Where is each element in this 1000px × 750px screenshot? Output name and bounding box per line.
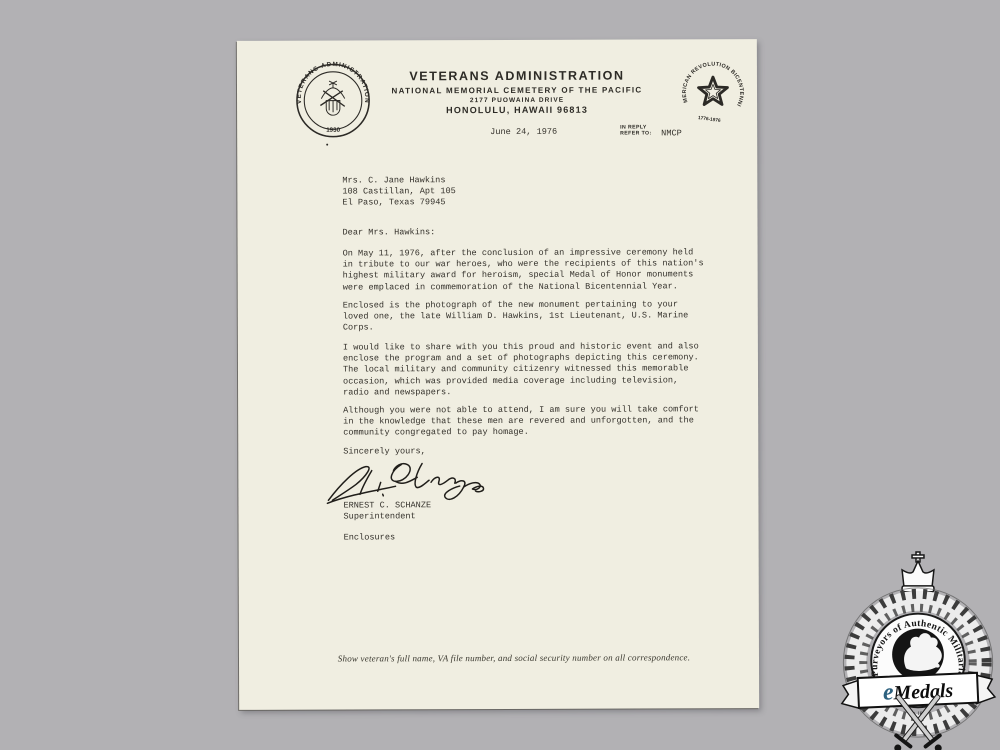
letterhead-agency: VETERANS ADMINISTRATION: [367, 68, 667, 83]
letter-date: June 24, 1976: [490, 127, 557, 138]
emedals-watermark: Purveyors of Authentic Militaria eMedals…: [833, 551, 1000, 750]
signature-handwriting: [326, 456, 484, 507]
letter-document: VETERANS ADMINISTRATION 1930 VETERANS AD…: [237, 39, 759, 710]
photo-background: VETERANS ADMINISTRATION 1930 VETERANS AD…: [0, 0, 1000, 750]
recipient-address: Mrs. C. Jane Hawkins 108 Castillan, Apt …: [342, 175, 456, 209]
bicentennial-logo-icon: AMERICAN REVOLUTION BICENTENNIAL 1776-19…: [675, 54, 751, 130]
signer-name: ERNEST C. SCHANZE: [343, 500, 431, 512]
reply-refer-code: NMCP: [661, 128, 682, 139]
reply-refer-label: IN REPLY REFER TO:: [620, 124, 652, 137]
letterhead-office: NATIONAL MEMORIAL CEMETERY OF THE PACIFI…: [367, 85, 667, 95]
letterhead-city: HONOLULU, HAWAII 96813: [367, 104, 667, 115]
seal-year-label: 1930: [326, 127, 340, 134]
bicentennial-years-label: 1776-1976: [698, 115, 722, 124]
paragraph-4: Although you were not able to attend, I …: [343, 404, 699, 439]
signer-title: Superintendent: [343, 511, 415, 522]
stray-ink-dot: [326, 144, 328, 146]
crown-icon: [902, 552, 934, 592]
enclosures-note: Enclosures: [344, 532, 396, 543]
paragraph-1: On May 11, 1976, after the conclusion of…: [343, 247, 704, 293]
footer-instruction: Show veteran's full name, VA file number…: [239, 652, 759, 664]
reply-refer-line2: REFER TO:: [620, 131, 651, 138]
va-seal-icon: VETERANS ADMINISTRATION 1930: [294, 61, 372, 139]
paragraph-2: Enclosed is the photograph of the new mo…: [343, 299, 689, 334]
paragraph-3: I would like to share with you this prou…: [343, 341, 699, 398]
salutation: Dear Mrs. Hawkins:: [342, 227, 435, 239]
letterhead-street: 2177 PUOWAINA DRIVE: [367, 96, 667, 104]
